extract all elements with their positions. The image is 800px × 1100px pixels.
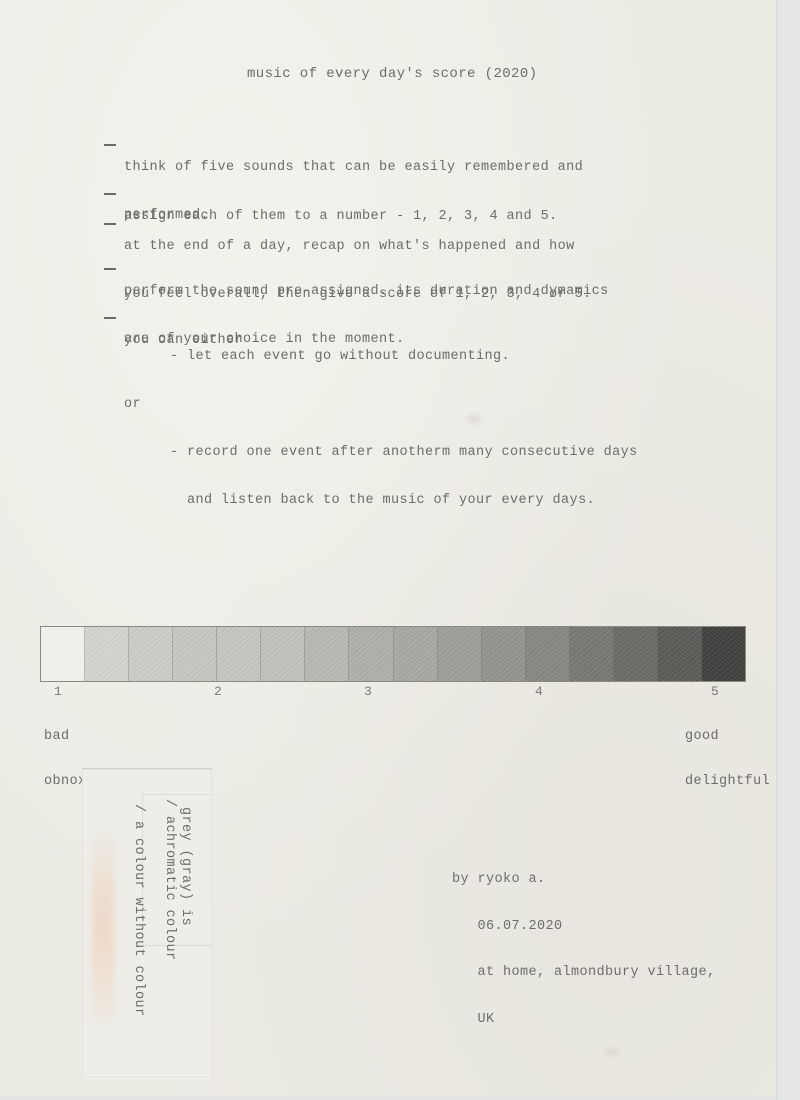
- grey-scale-cell: [261, 627, 305, 681]
- grey-scale-cell: [85, 627, 129, 681]
- bullet-dash-icon: [104, 193, 116, 195]
- credit-line: by ryoko a.: [452, 872, 716, 888]
- bullet-dash-icon: [104, 317, 116, 319]
- option-separator: or: [124, 397, 638, 413]
- scale-tick-3: 3: [364, 684, 372, 699]
- document-title: music of every day's score (2020): [247, 66, 537, 82]
- score-paper: music of every day's score (2020) think …: [0, 0, 776, 1096]
- instruction-line: think of five sounds that can be easily …: [124, 160, 583, 176]
- grey-scale-cell: [173, 627, 217, 681]
- bullet-dash-icon: [104, 223, 116, 225]
- grey-scale-cell: [658, 627, 702, 681]
- grey-scale-cell: [570, 627, 614, 681]
- bullet-dash-icon: [104, 268, 116, 270]
- pasted-note-strip: grey (gray) is / achromatic colour / a c…: [82, 768, 212, 1079]
- grey-scale-cell: [217, 627, 261, 681]
- grey-scale-cell: [305, 627, 349, 681]
- option-line: and listen back to the music of your eve…: [124, 493, 638, 509]
- grey-scale-cell: [702, 627, 745, 681]
- note-line-3: / a colour without colour: [130, 804, 146, 1017]
- author-credit: by ryoko a. 06.07.2020 at home, almondbu…: [452, 841, 716, 1058]
- paper-stain: [92, 829, 114, 1029]
- instruction-options: - let each event go without documenting.…: [124, 317, 638, 541]
- grey-scale-cell: [394, 627, 438, 681]
- credit-line: UK: [452, 1012, 716, 1028]
- scale-tick-5: 5: [711, 684, 719, 699]
- option-line: - record one event after anotherm many c…: [124, 445, 638, 461]
- bullet-dash-icon: [104, 144, 116, 146]
- scale-tick-2: 2: [214, 684, 222, 699]
- scale-tick-4: 4: [535, 684, 543, 699]
- grey-scale-cell: [129, 627, 173, 681]
- credit-line: 06.07.2020: [452, 919, 716, 935]
- grey-scale-cell: [526, 627, 570, 681]
- scale-label-line: delightful: [685, 774, 770, 789]
- grey-scale-cell: [482, 627, 526, 681]
- credit-line: at home, almondbury village,: [452, 965, 716, 981]
- scale-label-line: bad: [44, 729, 121, 744]
- grey-scale-cell: [614, 627, 658, 681]
- scale-tick-1: 1: [54, 684, 62, 699]
- note-line-1: grey (gray) is: [177, 807, 193, 926]
- grey-scale-cell: [41, 627, 85, 681]
- instruction-line: perform the sound pre-assigned. its dura…: [124, 284, 609, 300]
- scale-label-line: good: [685, 729, 770, 744]
- option-line: - let each event go without documenting.: [124, 349, 638, 365]
- grey-scale-cell: [349, 627, 393, 681]
- grey-scale-bar: [40, 626, 746, 682]
- note-line-2: / achromatic colour: [161, 799, 177, 961]
- scale-label-good: good delightful: [685, 699, 770, 819]
- scanner-edge: [776, 0, 800, 1100]
- grey-scale-cell: [438, 627, 482, 681]
